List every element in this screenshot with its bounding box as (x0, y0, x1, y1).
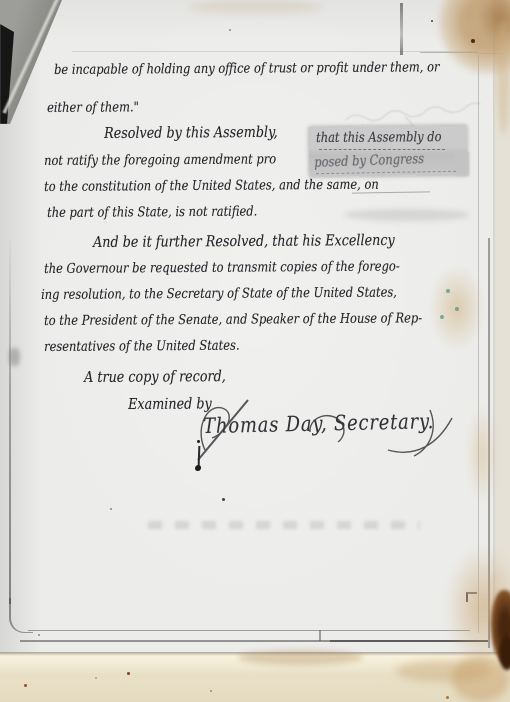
dashed-underline-faint (316, 171, 456, 174)
speck (110, 508, 112, 510)
photocopy-strip-extension (455, 152, 469, 176)
manuscript-line: the Governour be requested to transmit c… (44, 259, 400, 277)
speck (95, 677, 97, 679)
scanned-page: be incapable of holding any office of tr… (0, 0, 510, 702)
adjacent-page-edge (493, 0, 510, 654)
ruled-border-bottom-dark-segment (330, 640, 488, 642)
stain-top-right (438, 0, 510, 75)
manuscript-line-resolved: Resolved by this Assembly, (104, 123, 278, 142)
stain-middle-right (430, 266, 484, 350)
signature: Thomas Day, Secretary. (203, 409, 434, 438)
stain-top-right-dark (478, 0, 510, 44)
speck (446, 696, 449, 699)
teal-speck (455, 307, 459, 311)
stain-right-edge (497, 20, 510, 135)
undersheet-stain (452, 656, 510, 702)
manuscript-line-on-strip: that this Assembly do (316, 129, 442, 146)
ruled-border-top-right (420, 52, 478, 53)
speck (127, 672, 130, 675)
top-edge-smudge (188, 0, 323, 14)
manuscript-line: ing resolution, to the Secretary of Stat… (41, 285, 397, 303)
teal-speck (446, 289, 450, 293)
graphite-smudge (9, 348, 20, 366)
stain-bottom-right-dark (499, 636, 510, 670)
manuscript-line: to the President of the Senate, and Spea… (44, 310, 422, 329)
manuscript-line: resentatives of the United States. (44, 338, 240, 355)
bracket-mark (466, 592, 477, 602)
manuscript-line-on-strip-faded: posed by Congress (314, 151, 424, 171)
manuscript-line: either of them." (47, 99, 139, 116)
ruled-border-connector (319, 630, 321, 641)
examined-by-line: Examined by (128, 394, 212, 413)
undersheet-paper-edge (0, 652, 510, 702)
ruled-border-right-faint (478, 55, 479, 633)
manuscript-line: the part of this State, is not ratified. (47, 204, 257, 221)
teal-speck (440, 315, 444, 319)
manuscript-line: be incapable of holding any office of tr… (54, 59, 440, 78)
manuscript-line-further-resolved: And be it further Resolved, that his Exc… (93, 231, 395, 251)
manuscript-line: not ratify the foregoing amendment pro (44, 151, 276, 169)
ruled-border-top-right-faint (478, 53, 504, 54)
speck (471, 39, 475, 43)
speck (431, 20, 433, 22)
page-corner-edge-highlight (2, 0, 61, 114)
ghost-crease-line (148, 521, 420, 529)
ink-blot (195, 465, 201, 471)
ruled-border-left (9, 232, 11, 604)
undersheet-stain (238, 650, 363, 665)
ruled-border-right (488, 238, 490, 648)
manuscript-line: to the constitution of the United States… (44, 177, 379, 195)
undersheet-stain (396, 660, 491, 682)
ruled-border-bottom-inner (28, 630, 470, 631)
ghost-smear (344, 209, 470, 221)
speck (229, 29, 231, 31)
speck (210, 690, 212, 692)
scanner-corner-shadow (0, 20, 18, 124)
speck (24, 684, 27, 687)
attestation-line: A true copy of record, (84, 367, 226, 386)
ruled-border-corner (9, 598, 33, 633)
ink-blot-drip (198, 446, 200, 466)
speck (222, 498, 225, 501)
stain-lower-right (468, 406, 496, 504)
stain-bottom-right (491, 590, 510, 664)
ink-blot-dot (197, 440, 200, 443)
dashed-underline (319, 149, 445, 150)
stain-bottom-right-halo (446, 546, 510, 670)
ruled-border-bottom-outer (20, 640, 488, 642)
top-ink-tick (400, 3, 403, 55)
ruled-border-top (72, 51, 478, 52)
speck (38, 634, 40, 636)
